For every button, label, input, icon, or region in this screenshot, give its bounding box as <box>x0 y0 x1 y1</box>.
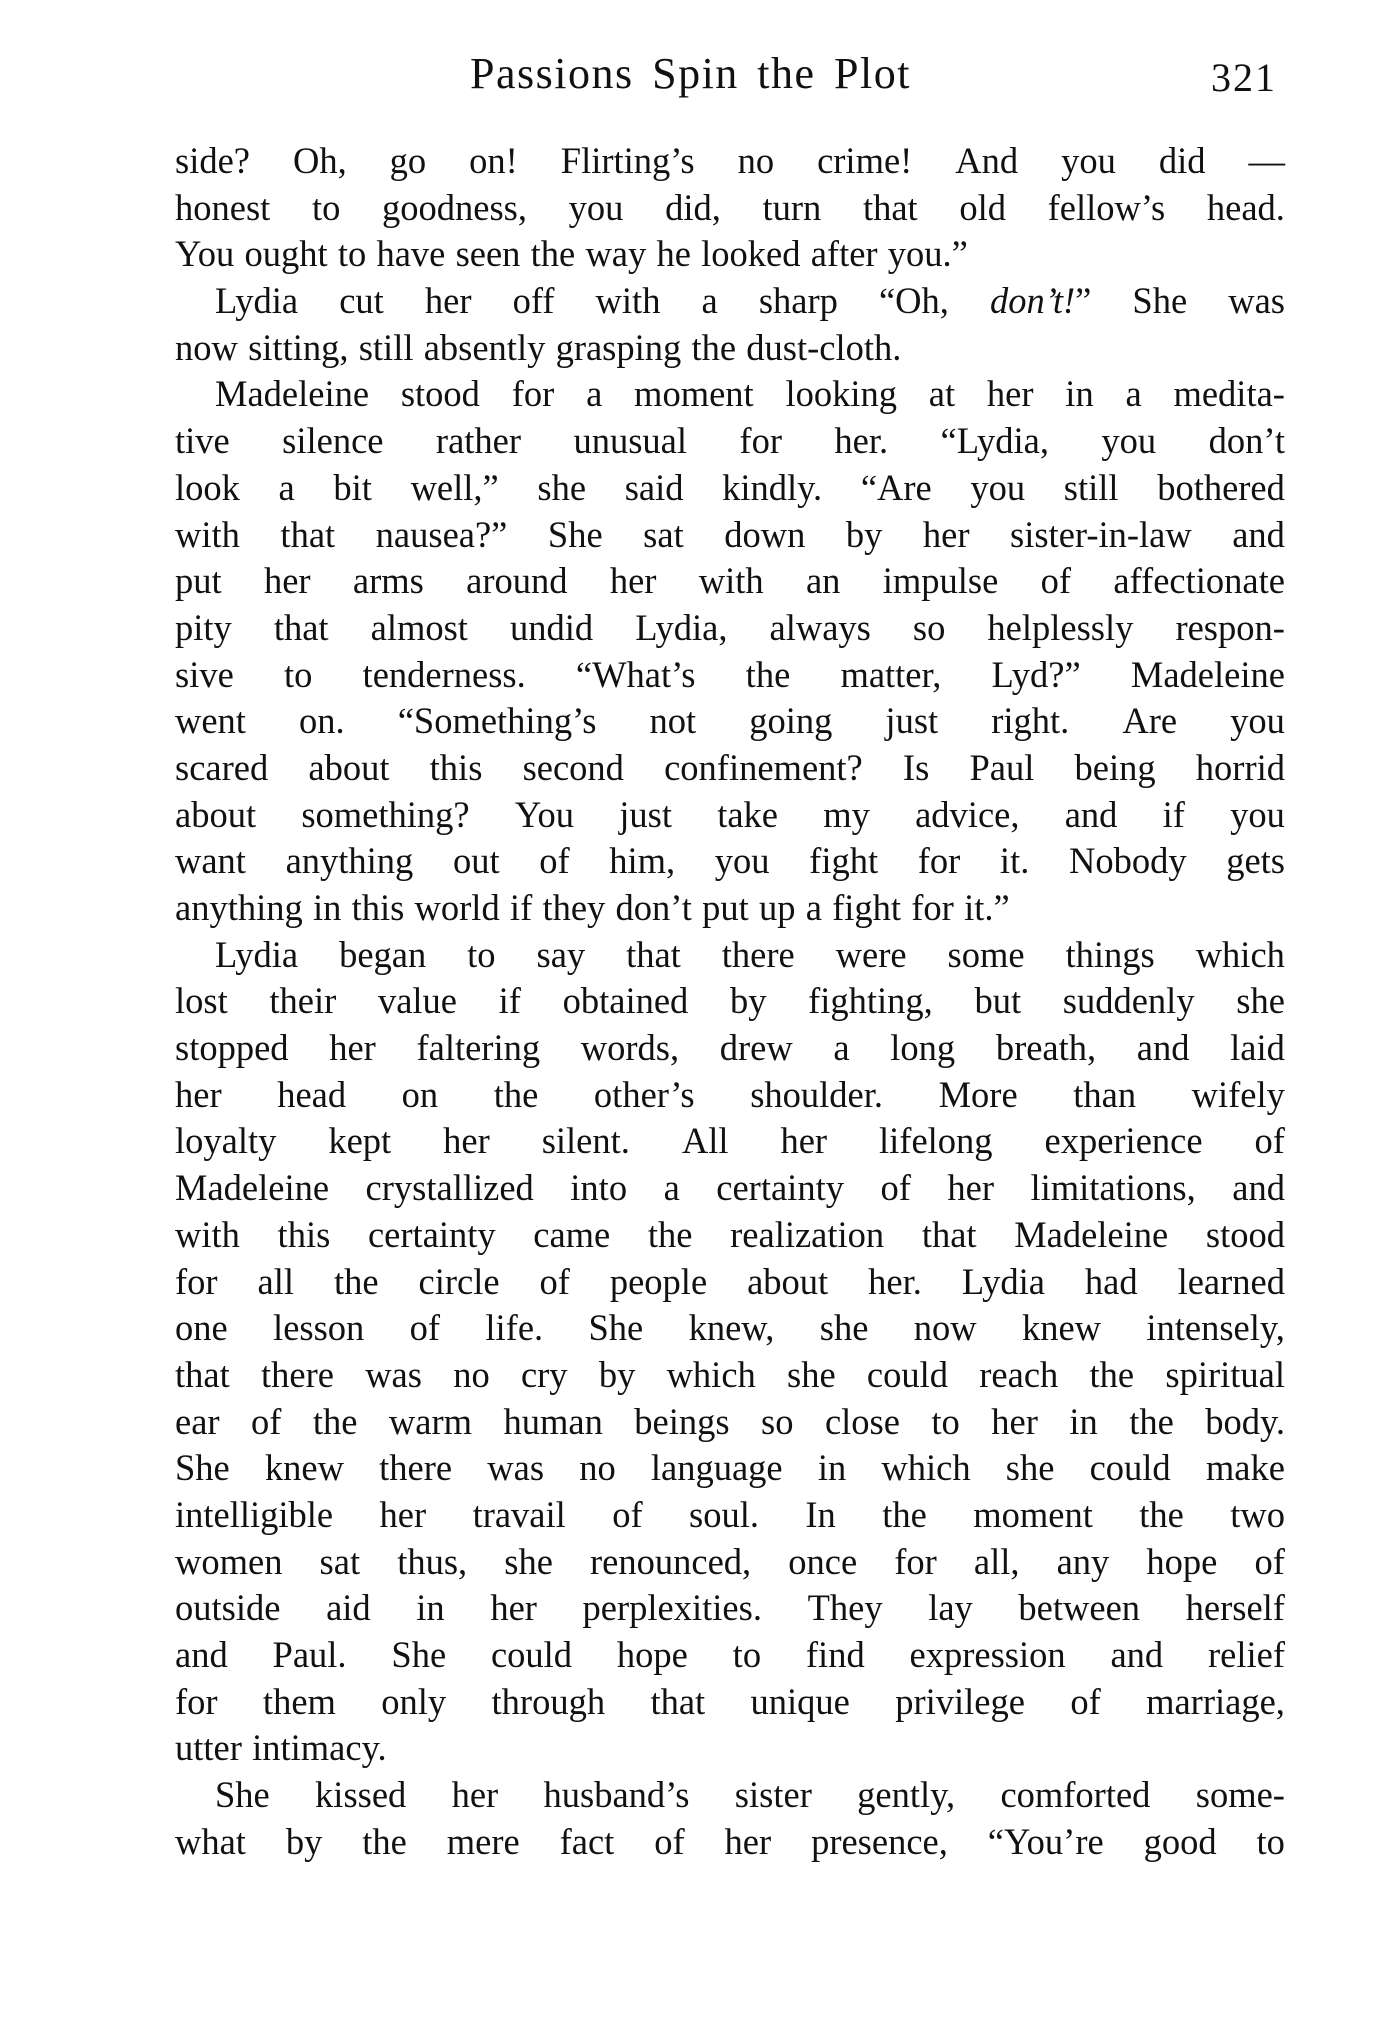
word: In <box>805 1492 835 1539</box>
word: privilege <box>895 1679 1025 1726</box>
word: the <box>313 1399 358 1446</box>
word: of <box>539 838 569 885</box>
word: to <box>312 185 340 232</box>
word: she <box>1006 1445 1055 1492</box>
word: words, <box>581 1025 679 1072</box>
text-line: anythinginthisworldiftheydon’tputupafigh… <box>175 885 1285 932</box>
word: him, <box>609 838 675 885</box>
word: with <box>175 512 240 559</box>
word: don’t <box>1209 418 1285 465</box>
word: kindly. <box>722 465 822 512</box>
word: shoulder. <box>750 1072 883 1119</box>
word: say <box>537 932 586 979</box>
word: almost <box>371 605 468 652</box>
word: once <box>788 1539 857 1586</box>
word: the <box>531 231 576 278</box>
word: lesson <box>273 1305 364 1352</box>
word: sharp <box>759 278 838 325</box>
word: what <box>175 1819 246 1866</box>
text-line: herheadontheother’sshoulder.Morethanwife… <box>175 1072 1285 1119</box>
word: for <box>512 371 555 418</box>
word: could <box>1090 1445 1171 1492</box>
word: gently, <box>857 1772 955 1819</box>
word: renounced, <box>590 1539 751 1586</box>
word: by <box>730 978 767 1025</box>
text-line: putherarmsaroundherwithanimpulseofaffect… <box>175 558 1285 605</box>
word: a <box>586 371 602 418</box>
word: Madeleine <box>1014 1212 1168 1259</box>
word: looked <box>701 231 800 278</box>
word: so <box>913 605 945 652</box>
word: of <box>410 1305 440 1352</box>
word: in <box>1069 1399 1097 1446</box>
word: fighting, <box>808 978 933 1025</box>
word: have <box>376 231 445 278</box>
text-line: lookabitwell,”shesaidkindly.“Areyoustill… <box>175 465 1285 512</box>
word: which <box>667 1352 756 1399</box>
word: one <box>175 1305 228 1352</box>
word: Lydia <box>215 932 298 979</box>
word: unique <box>751 1679 850 1726</box>
word: Flirting’s <box>561 138 695 185</box>
word: thus, <box>397 1539 467 1586</box>
word: at <box>929 371 955 418</box>
word: Lydia, <box>635 605 727 652</box>
word: people <box>610 1259 707 1306</box>
word: take <box>717 792 778 839</box>
word: which <box>1196 932 1285 979</box>
word: utter <box>175 1725 242 1772</box>
word: that <box>280 512 335 559</box>
word: in <box>416 1585 444 1632</box>
text-line: stoppedherfalteringwords,drewalongbreath… <box>175 1025 1285 1072</box>
word: some <box>948 932 1025 979</box>
word: laid <box>1230 1025 1285 1072</box>
word: went <box>175 698 246 745</box>
word: don’t!” <box>990 278 1091 325</box>
word: only <box>381 1679 446 1726</box>
word: cut <box>339 278 384 325</box>
word: any <box>1057 1539 1110 1586</box>
word: about <box>308 745 389 792</box>
word: Madeleine <box>215 371 369 418</box>
word: goodness, <box>382 185 527 232</box>
word: between <box>1018 1585 1140 1632</box>
word: the <box>882 1492 927 1539</box>
word: and <box>1232 512 1285 559</box>
word: about <box>175 792 256 839</box>
word: dust-cloth. <box>746 325 901 372</box>
word: into <box>570 1165 627 1212</box>
word: her. <box>868 1259 922 1306</box>
word: She <box>215 1772 270 1819</box>
word: no <box>579 1445 616 1492</box>
word: some- <box>1196 1772 1285 1819</box>
word: the <box>362 1819 407 1866</box>
word: reach <box>979 1352 1058 1399</box>
word: crime! <box>817 138 912 185</box>
word: tive <box>175 418 230 465</box>
word: could <box>867 1352 948 1399</box>
word: the <box>494 1072 539 1119</box>
word: kissed <box>315 1772 406 1819</box>
word: human <box>503 1399 602 1446</box>
word: head <box>277 1072 346 1119</box>
word: that <box>863 185 918 232</box>
word: relief <box>1208 1632 1285 1679</box>
word: Lyd?” <box>992 652 1081 699</box>
word: that <box>175 1352 230 1399</box>
word: aid <box>326 1585 371 1632</box>
word: herself <box>1186 1585 1285 1632</box>
word: there <box>261 1352 334 1399</box>
word: did <box>1159 138 1206 185</box>
word: just <box>619 792 672 839</box>
word: intensely, <box>1146 1305 1285 1352</box>
word: intimacy. <box>252 1725 386 1772</box>
word: in <box>1065 371 1093 418</box>
word: by <box>599 1352 636 1399</box>
word: helplessly <box>987 605 1133 652</box>
word: circle <box>419 1259 500 1306</box>
word: for <box>739 418 782 465</box>
word: of <box>1041 558 1071 605</box>
word: in <box>313 885 341 932</box>
word: You <box>515 792 574 839</box>
word: her <box>490 1585 537 1632</box>
word: she <box>1236 978 1285 1025</box>
word: had <box>1085 1259 1138 1306</box>
text-line: scaredaboutthissecondconfinement?IsPaulb… <box>175 745 1285 792</box>
text-line: Sheknewtherewasnolanguageinwhichshecould… <box>175 1445 1285 1492</box>
word: her <box>329 1025 376 1072</box>
word: realization <box>730 1212 884 1259</box>
word: of <box>1254 1539 1284 1586</box>
word: to <box>338 231 366 278</box>
word: something? <box>301 792 469 839</box>
word: he <box>656 231 690 278</box>
word: you <box>1101 418 1156 465</box>
word: go <box>390 138 427 185</box>
word: they <box>542 885 605 932</box>
word: two <box>1230 1492 1285 1539</box>
word: knew, <box>689 1305 775 1352</box>
text-line: whatbythemerefactofherpresence,“You’rego… <box>175 1819 1285 1866</box>
word: lost <box>175 978 228 1025</box>
text-line: andPaul.Shecouldhopetofindexpressionandr… <box>175 1632 1285 1679</box>
text-line: honesttogoodness,youdid,turnthatoldfello… <box>175 185 1285 232</box>
word: by <box>846 512 883 559</box>
word: you <box>970 465 1025 512</box>
word: that <box>626 932 681 979</box>
word: things <box>1066 932 1155 979</box>
word: fight <box>832 885 901 932</box>
word: than <box>1073 1072 1136 1119</box>
word: her <box>264 558 311 605</box>
text-line: Madeleinecrystallizedintoacertaintyofher… <box>175 1165 1285 1212</box>
body-text: side?Oh,goon!Flirting’snocrime!Andyoudid… <box>175 138 1285 1865</box>
word: her <box>175 1072 222 1119</box>
word: if <box>499 978 521 1025</box>
word: her <box>452 1772 499 1819</box>
word: to <box>467 932 495 979</box>
word: a <box>702 278 718 325</box>
word: honest <box>175 185 270 232</box>
word: “Oh, <box>879 278 949 325</box>
word: nausea?” <box>376 512 508 559</box>
word: She <box>391 1632 446 1679</box>
word: travail <box>473 1492 566 1539</box>
word: came <box>533 1212 610 1259</box>
word: put <box>175 558 222 605</box>
word: her <box>610 558 657 605</box>
word: sister <box>735 1772 812 1819</box>
word: Oh, <box>293 138 347 185</box>
text-line: side?Oh,goon!Flirting’snocrime!Andyoudid… <box>175 138 1285 185</box>
text-line: withthiscertaintycametherealizationthatM… <box>175 1212 1285 1259</box>
word: it. <box>1000 838 1029 885</box>
text-line: onelessonoflife.Sheknew,shenowknewintens… <box>175 1305 1285 1352</box>
page-number: 321 <box>1211 48 1277 108</box>
word: you <box>1061 138 1116 185</box>
word: gets <box>1226 838 1285 885</box>
word: “What’s <box>576 652 696 699</box>
word: sitting, <box>248 325 348 372</box>
word: she <box>504 1539 553 1586</box>
word: horrid <box>1196 745 1285 792</box>
word: but <box>974 978 1021 1025</box>
word: for <box>175 1679 218 1726</box>
text-line: Lydiabegantosaythatthereweresomethingswh… <box>175 932 1285 979</box>
word: her <box>725 1819 772 1866</box>
word: head. <box>1207 185 1285 232</box>
word: All <box>682 1118 729 1165</box>
word: this <box>430 745 483 792</box>
word: to <box>733 1632 761 1679</box>
word: presence, <box>811 1819 948 1866</box>
word: there <box>722 932 795 979</box>
word: after <box>811 231 878 278</box>
word: impulse <box>883 558 999 605</box>
word: just <box>885 698 938 745</box>
word: and <box>1110 1632 1163 1679</box>
word: She <box>1132 278 1187 325</box>
word: out <box>453 838 500 885</box>
word: she <box>537 465 586 512</box>
word: all <box>258 1259 294 1306</box>
word: a <box>806 885 822 932</box>
text-line: forallthecircleofpeopleabouther.Lydiahad… <box>175 1259 1285 1306</box>
word: could <box>491 1632 572 1679</box>
word: stood <box>401 371 480 418</box>
word: Is <box>903 745 929 792</box>
word: and <box>1232 1165 1285 1212</box>
word: body. <box>1205 1399 1285 1446</box>
word: a <box>833 1025 849 1072</box>
word: she <box>787 1352 836 1399</box>
word: still <box>359 325 414 372</box>
word: hope <box>617 1632 688 1679</box>
word: well,” <box>411 465 499 512</box>
word: this <box>352 885 405 932</box>
word: you <box>1230 792 1285 839</box>
word: hope <box>1146 1539 1217 1586</box>
text-line: tivesilenceratherunusualforher.“Lydia,yo… <box>175 418 1285 465</box>
word: down <box>724 512 805 559</box>
word: make <box>1206 1445 1285 1492</box>
word: of <box>880 1165 910 1212</box>
word: absently <box>424 325 546 372</box>
word: her <box>780 1118 827 1165</box>
word: fight <box>809 838 878 885</box>
word: that <box>650 1679 705 1726</box>
word: certainty <box>716 1165 844 1212</box>
word: said <box>625 465 684 512</box>
word: a <box>279 465 295 512</box>
word: “Something’s <box>398 698 597 745</box>
word: affectionate <box>1113 558 1285 605</box>
word: And <box>955 138 1018 185</box>
word: the <box>1129 1399 1174 1446</box>
word: for <box>911 885 954 932</box>
word: knew <box>1022 1305 1101 1352</box>
word: world <box>415 885 500 932</box>
word: her <box>443 1118 490 1165</box>
word: for <box>894 1539 937 1586</box>
word: You <box>175 231 234 278</box>
word: want <box>175 838 246 885</box>
word: that <box>274 605 329 652</box>
word: of <box>654 1819 684 1866</box>
word: lay <box>928 1585 973 1632</box>
text-line: wenton.“Something’snotgoingjustright.Are… <box>175 698 1285 745</box>
word: medita- <box>1173 371 1284 418</box>
running-head: Passions Spin the Plot 321 <box>175 44 1285 104</box>
word: — <box>1248 138 1285 185</box>
word: off <box>513 278 555 325</box>
word: now <box>914 1305 977 1352</box>
word: did, <box>665 185 721 232</box>
word: with <box>699 558 764 605</box>
text-line: pitythatalmostundidLydia,alwayssohelples… <box>175 605 1285 652</box>
word: husband’s <box>544 1772 690 1819</box>
word: the <box>334 1259 379 1306</box>
text-line: outsideaidinherperplexities.Theylaybetwe… <box>175 1585 1285 1632</box>
word: her <box>991 1399 1038 1446</box>
word: other’s <box>594 1072 695 1119</box>
word: grasping <box>556 325 682 372</box>
word: moment <box>973 1492 1093 1539</box>
word: limitations, <box>1030 1165 1195 1212</box>
text-line: forthemonlythroughthatuniqueprivilegeofm… <box>175 1679 1285 1726</box>
word: about <box>747 1259 828 1306</box>
word: Lydia <box>962 1259 1045 1306</box>
word: in <box>818 1445 846 1492</box>
word: her <box>425 278 472 325</box>
word: certainty <box>368 1212 496 1259</box>
word: Paul <box>969 745 1034 792</box>
text-line: Yououghttohaveseenthewayhelookedafteryou… <box>175 231 1285 278</box>
word: by <box>286 1819 323 1866</box>
word: suddenly <box>1063 978 1195 1025</box>
word: was <box>487 1445 544 1492</box>
word: spiritual <box>1165 1352 1285 1399</box>
word: of <box>612 1492 642 1539</box>
word: Madeleine <box>175 1165 329 1212</box>
word: soul. <box>689 1492 759 1539</box>
word: a <box>664 1165 680 1212</box>
word: still <box>1064 465 1119 512</box>
word: you <box>1230 698 1285 745</box>
word: her. <box>834 418 888 465</box>
word: bit <box>333 465 372 512</box>
text-line: intelligiblehertravailofsoul.Inthemoment… <box>175 1492 1285 1539</box>
word: pity <box>175 605 232 652</box>
word: and <box>175 1632 228 1679</box>
word: breath, <box>996 1025 1096 1072</box>
word: began <box>339 932 426 979</box>
word: Madeleine <box>1131 652 1285 699</box>
word: ought <box>244 231 327 278</box>
word: respon- <box>1175 605 1284 652</box>
word: unusual <box>573 418 687 465</box>
word: women <box>175 1539 282 1586</box>
word: life. <box>485 1305 543 1352</box>
word: on. <box>299 698 345 745</box>
text-line: loyaltykepthersilent.Allherlifelongexper… <box>175 1118 1285 1165</box>
word: Lydia <box>215 278 298 325</box>
word: They <box>808 1585 883 1632</box>
word: bothered <box>1157 465 1285 512</box>
text-line: thattherewasnocrybywhichshecouldreachthe… <box>175 1352 1285 1399</box>
text-line: withthatnausea?”Shesatdownbyhersister-in… <box>175 512 1285 559</box>
word: cry <box>521 1352 568 1399</box>
word: perplexities. <box>583 1585 762 1632</box>
word: anything <box>286 838 414 885</box>
word: she <box>820 1305 869 1352</box>
word: expression <box>910 1632 1066 1679</box>
word: and <box>1137 1025 1190 1072</box>
word: the <box>691 325 736 372</box>
text-line: utterintimacy. <box>175 1725 1285 1772</box>
word: her <box>987 371 1034 418</box>
word: through <box>492 1679 606 1726</box>
word: being <box>1075 745 1156 792</box>
text-line: sivetotenderness.“What’sthematter,Lyd?”M… <box>175 652 1285 699</box>
word: advice, <box>915 792 1019 839</box>
word: stood <box>1206 1212 1285 1259</box>
word: always <box>770 605 871 652</box>
word: going <box>749 698 832 745</box>
word: of <box>540 1259 570 1306</box>
word: you <box>569 185 624 232</box>
word: her <box>947 1165 994 1212</box>
word: marriage, <box>1146 1679 1285 1726</box>
word: was <box>365 1352 422 1399</box>
word: around <box>466 558 567 605</box>
word: side? <box>175 138 250 185</box>
word: her <box>380 1492 427 1539</box>
word: She <box>548 512 603 559</box>
word: warm <box>389 1399 472 1446</box>
word: on <box>402 1072 439 1119</box>
word: find <box>806 1632 865 1679</box>
word: which <box>881 1445 970 1492</box>
word: undid <box>510 605 593 652</box>
word: beings <box>634 1399 729 1446</box>
text-line: Madeleinestoodforamomentlookingatherinam… <box>175 371 1285 418</box>
word: right. <box>991 698 1069 745</box>
